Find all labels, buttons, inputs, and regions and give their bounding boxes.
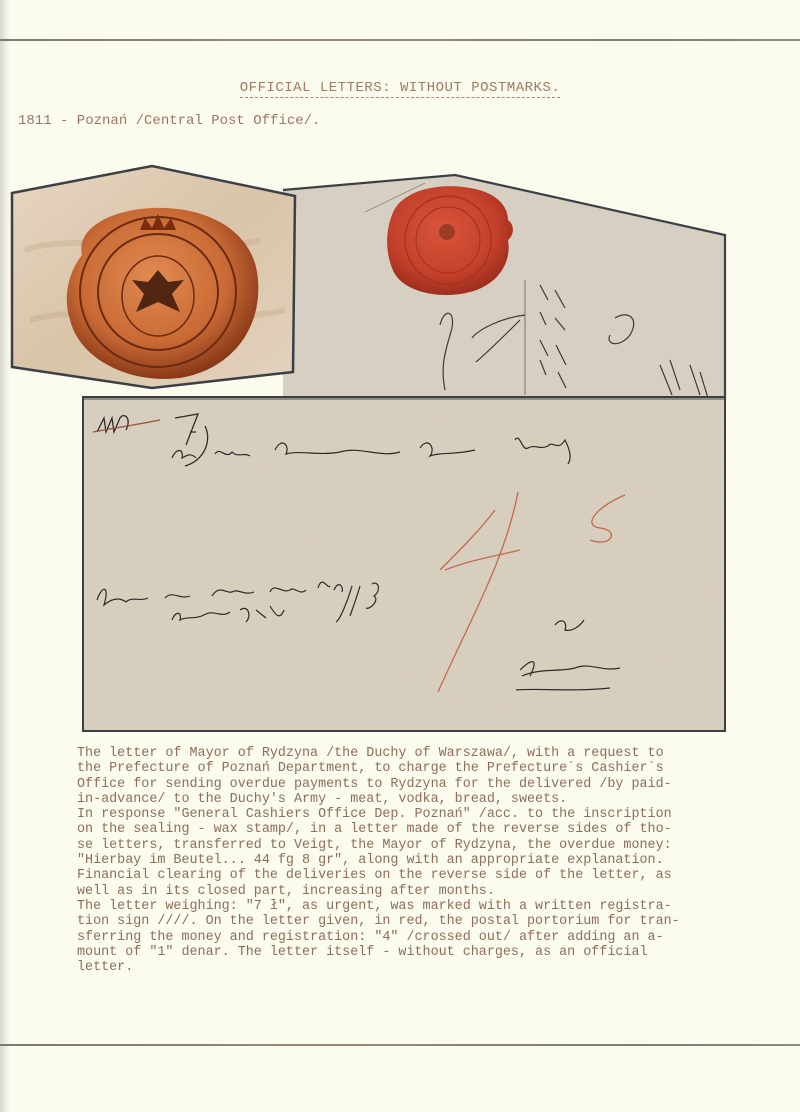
letter-front bbox=[83, 397, 725, 731]
description-line: letter. bbox=[77, 960, 737, 975]
description-line: In response "General Cashiers Office Dep… bbox=[77, 807, 737, 822]
description-line: the Prefecture of Poznań Department, to … bbox=[77, 761, 737, 776]
description-line: on the sealing - wax stamp/, in a letter… bbox=[77, 822, 737, 837]
description-line: Financial clearing of the deliveries on … bbox=[77, 868, 737, 883]
description-text: The letter of Mayor of Rydzyna /the Duch… bbox=[77, 746, 737, 975]
description-line: sferring the money and registration: "4"… bbox=[77, 930, 737, 945]
description-line: mount of "1" denar. The letter itself - … bbox=[77, 945, 737, 960]
red-wax-seal bbox=[387, 186, 513, 295]
description-line: se letters, transferred to Veigt, the Ma… bbox=[77, 838, 737, 853]
description-line: The letter weighing: "7 ł", as urgent, w… bbox=[77, 899, 737, 914]
letter-back-flap bbox=[283, 175, 725, 400]
bottom-divider bbox=[0, 1044, 800, 1046]
description-line: in-advance/ to the Duchy's Army - meat, … bbox=[77, 792, 737, 807]
seal-inset-photo bbox=[12, 166, 295, 388]
description-line: tion sign ////. On the letter given, in … bbox=[77, 914, 737, 929]
letter-figure bbox=[0, 0, 800, 740]
description-line: "Hierbay im Beutel... 44 fg 8 gr", along… bbox=[77, 853, 737, 868]
description-line: well as in its closed part, increasing a… bbox=[77, 884, 737, 899]
description-line: The letter of Mayor of Rydzyna /the Duch… bbox=[77, 746, 737, 761]
description-line: Office for sending overdue payments to R… bbox=[77, 777, 737, 792]
